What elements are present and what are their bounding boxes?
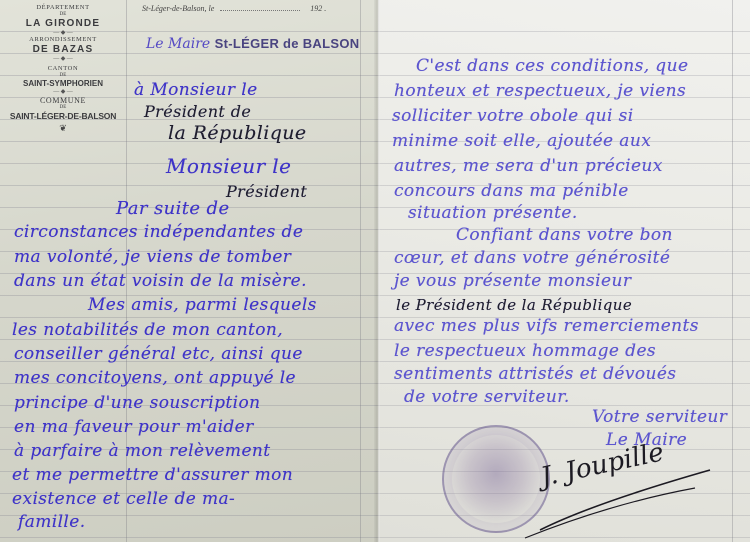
commune-name: SAINT-LÉGER-DE-BALSON: [2, 111, 124, 122]
body-line: conseiller général etc, ainsi que: [14, 344, 303, 364]
scanned-letter: DÉPARTEMENT DE LA GIRONDE — ◆ — ARRONDIS…: [0, 0, 750, 542]
body-line: situation présente.: [408, 203, 578, 223]
body-line: cœur, et dans votre générosité: [394, 248, 670, 268]
body-line: Par suite de: [116, 198, 230, 219]
body-line: le respectueux hommage des: [394, 341, 656, 361]
body-line: ma volonté, je viens de tomber: [14, 247, 291, 267]
body-line: de votre serviteur.: [404, 387, 570, 407]
canton-name: SAINT-SYMPHORIEN: [2, 79, 124, 89]
margin-line-right: [732, 0, 733, 542]
body-line: Mes amis, parmi lesquels: [88, 295, 317, 315]
body-line: C'est dans ces conditions, que: [416, 56, 688, 76]
body-line: famille.: [18, 512, 86, 532]
body-line: existence et celle de ma-: [12, 489, 235, 509]
stamp-hand-part: Le Maire: [146, 36, 210, 52]
body-line: solliciter votre obole qui si: [392, 106, 634, 126]
body-line: sentiments attristés et dévoués: [394, 364, 676, 384]
address-line: à Monsieur le: [134, 80, 258, 100]
separator: — ◆ —: [2, 56, 124, 62]
dateline-year: 192: [310, 4, 322, 13]
body-line: circonstances indépendantes de: [14, 222, 303, 242]
fleuron-ornament-icon: ❦: [2, 122, 124, 134]
body-line: principe d'une souscription: [14, 393, 260, 413]
stamp-text: St-LÉGER de BALSON: [215, 36, 360, 51]
body-line: dans un état voisin de la misère.: [14, 271, 307, 291]
arrondissement-name: DE BAZAS: [2, 44, 124, 56]
dateline-end: .: [324, 4, 326, 13]
body-line: concours dans ma pénible: [394, 181, 629, 201]
dateline-place: St-Léger-de-Balson, le: [142, 4, 214, 13]
body-line: minime soit elle, ajoutée aux: [392, 131, 651, 151]
letterhead: DÉPARTEMENT DE LA GIRONDE — ◆ — ARRONDIS…: [2, 4, 124, 134]
dateline: St-Léger-de-Balson, le192 .: [142, 4, 326, 13]
body-line: les notabilités de mon canton,: [12, 320, 283, 340]
separator: — ◆ —: [2, 89, 124, 95]
body-line: honteux et respectueux, je viens: [394, 81, 686, 101]
body-line: je vous présente monsieur: [394, 271, 631, 291]
address-line: Président de: [144, 102, 251, 121]
department-name: LA GIRONDE: [2, 18, 124, 30]
body-line: et me permettre d'assurer mon: [12, 465, 293, 485]
address-line: la République: [168, 122, 307, 144]
body-line: Confiant dans votre bon: [456, 225, 673, 245]
body-line: le Président de la République: [396, 296, 632, 314]
salutation-line: Monsieur le: [166, 154, 291, 178]
date-blank: [220, 10, 300, 11]
salutation-line: Président: [226, 182, 307, 201]
page-fold: [374, 0, 380, 542]
body-line: en ma faveur pour m'aider: [14, 417, 254, 437]
body-line: avec mes plus vifs remerciements: [394, 316, 699, 336]
body-line: à parfaire à mon relèvement: [14, 441, 271, 461]
body-line: mes concitoyens, ont appuyé le: [14, 368, 296, 388]
mayor-stamp-header: Le Maire St-LÉGER de BALSON: [146, 36, 359, 52]
body-line: autres, me sera d'un précieux: [394, 156, 663, 176]
arrondissement-label: ARRONDISSEMENT: [2, 36, 124, 44]
closing-line: Votre serviteur: [592, 407, 727, 427]
department-label: DÉPARTEMENT: [2, 4, 124, 12]
commune-label: COMMUNE: [2, 97, 124, 105]
margin-line-center: [360, 0, 361, 542]
canton-label: CANTON: [2, 65, 124, 73]
